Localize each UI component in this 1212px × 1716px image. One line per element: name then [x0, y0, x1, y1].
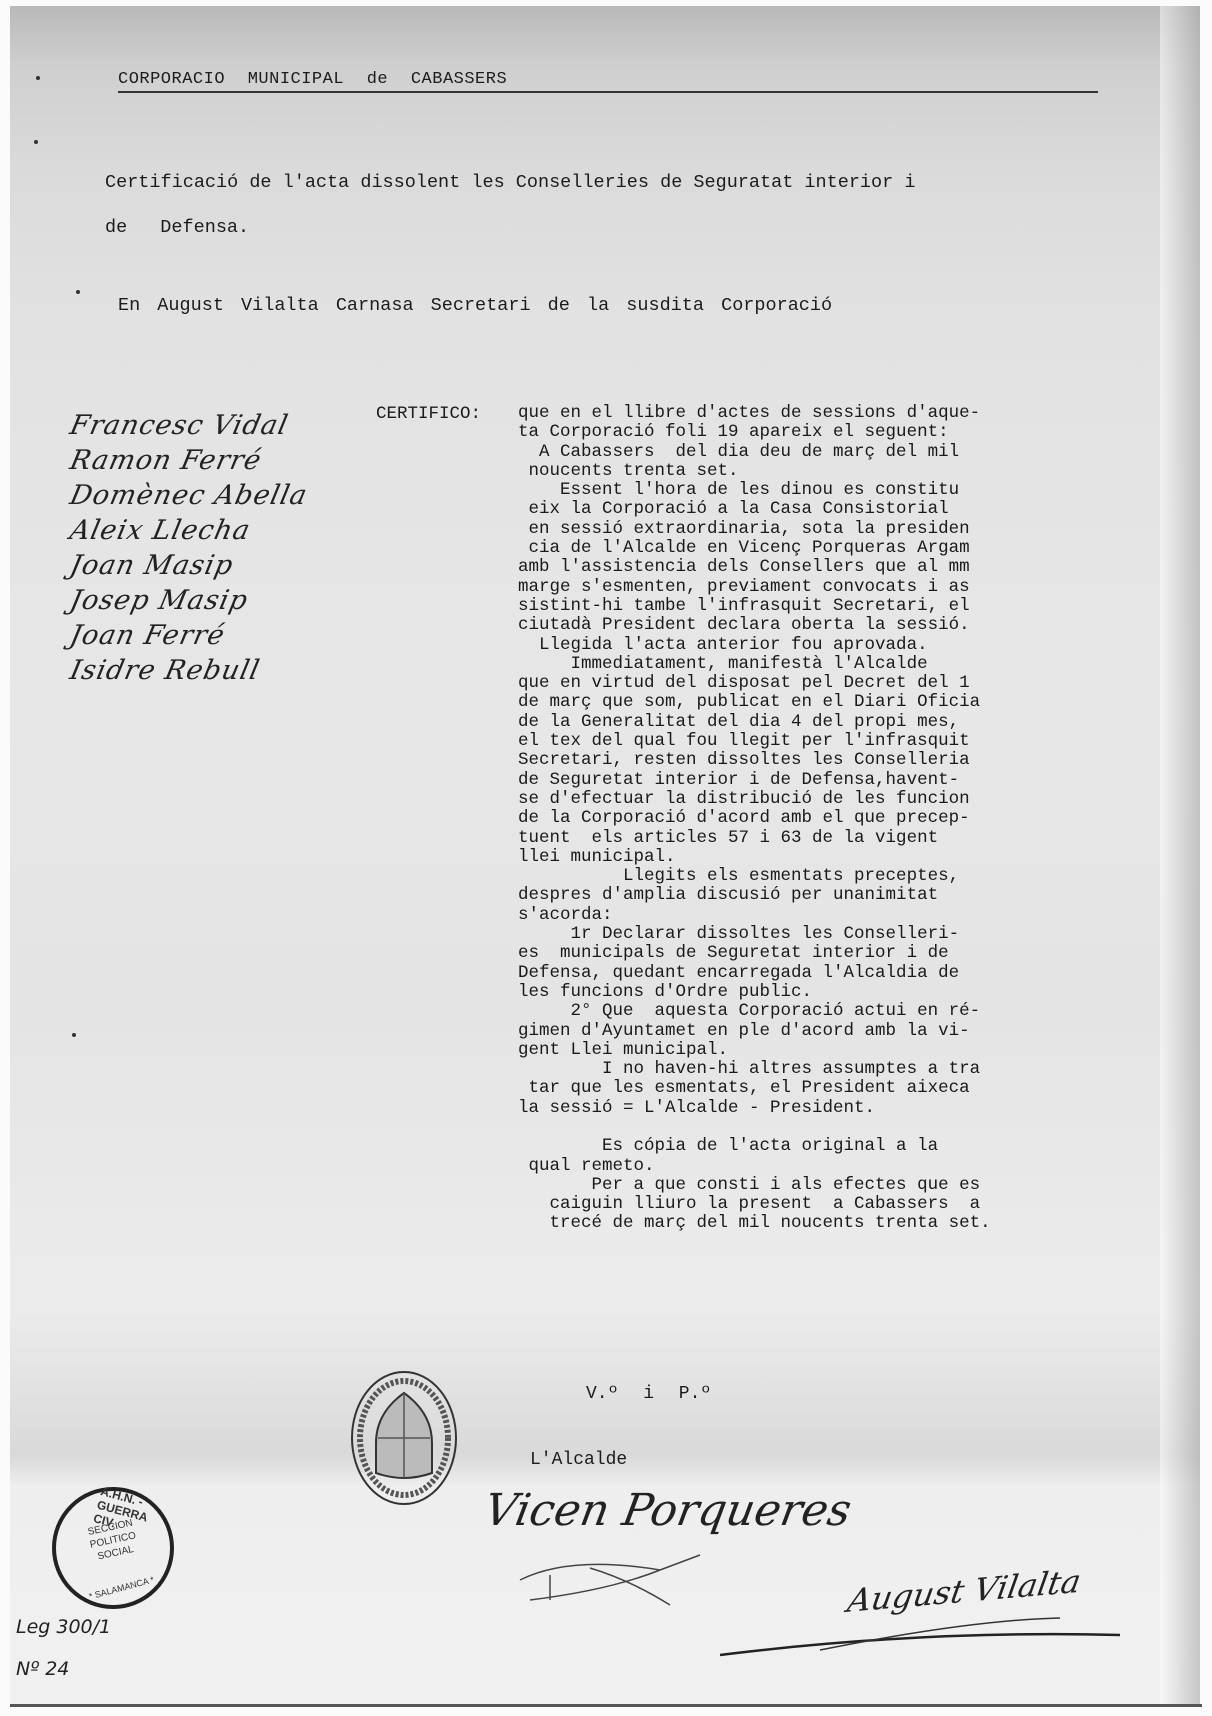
- councillor-signature: Ramon Ferré: [66, 445, 393, 480]
- councillor-signature: Joan Ferré: [66, 620, 393, 655]
- minutes-line: tar que les esmentats, el President aixe…: [518, 1079, 1108, 1098]
- councillor-signature: Isidre Rebull: [66, 655, 393, 690]
- minutes-line: [518, 1118, 1108, 1137]
- stamp-bottom-text: * SALAMANCA *: [88, 1574, 155, 1601]
- minutes-line: de la Generalitat del dia 4 del propi me…: [518, 713, 1108, 732]
- page-bottom-edge: [10, 1704, 1202, 1707]
- minutes-line: que en el llibre d'actes de sessions d'a…: [518, 404, 1108, 423]
- minutes-line: amb l'assistencia dels Consellers que al…: [518, 558, 1108, 577]
- municipal-seal-icon: [348, 1368, 460, 1508]
- document-number: Nº 24: [16, 1648, 111, 1690]
- minutes-line: gent Llei municipal.: [518, 1041, 1108, 1060]
- minutes-line: la sessió = L'Alcalde - President.: [518, 1099, 1108, 1118]
- document-title: Certificació de l'acta dissolent les Con…: [105, 160, 1105, 250]
- minutes-line: Llegida l'acta anterior fou aprovada.: [518, 636, 1108, 655]
- mayor-signature: Vicen Porqueres: [481, 1485, 856, 1536]
- councillor-signature: Francesc Vidal: [66, 410, 393, 445]
- speck: [34, 140, 38, 144]
- minutes-line: de Seguretat interior i de Defensa,haven…: [518, 771, 1108, 790]
- minutes-line: gimen d'Ayuntamet en ple d'acord amb la …: [518, 1022, 1108, 1041]
- councillor-signature: Domènec Abella: [66, 480, 393, 515]
- councillor-signature: Aleix Llecha: [66, 515, 393, 550]
- minutes-line: Es cópia de l'acta original a la: [518, 1137, 1108, 1156]
- minutes-line: ta Corporació foli 19 apareix el seguent…: [518, 423, 1108, 442]
- minutes-line: Immediatament, manifestà l'Alcalde: [518, 655, 1108, 674]
- minutes-line: el tex del qual fou llegit per l'infrasq…: [518, 732, 1108, 751]
- minutes-line: tuent els articles 57 i 63 de la vigent: [518, 829, 1108, 848]
- minutes-line: sistint-hi tambe l'infrasquit Secretari,…: [518, 597, 1108, 616]
- minutes-line: Secretari, resten dissoltes les Conselle…: [518, 751, 1108, 770]
- letterhead: CORPORACIO MUNICIPAL de CABASSERS: [118, 70, 1098, 93]
- minutes-line: I no haven-hi altres assumptes a tra: [518, 1060, 1108, 1079]
- signature-underline-icon: [720, 1600, 1120, 1660]
- minutes-line: Defensa, quedant encarregada l'Alcaldia …: [518, 964, 1108, 983]
- minutes-line: cia de l'Alcalde en Vicenç Porqueras Arg…: [518, 539, 1108, 558]
- speck: [36, 76, 40, 80]
- archive-reference: Leg 300/1 Nº 24: [16, 1606, 111, 1690]
- minutes-line: s'acorda:: [518, 906, 1108, 925]
- title-line-1: Certificació de l'acta dissolent les Con…: [105, 160, 1105, 205]
- certified-minutes-text: que en el llibre d'actes de sessions d'a…: [518, 404, 1108, 1234]
- minutes-line: noucents trenta set.: [518, 462, 1108, 481]
- secretary-intro: En August Vilalta Carnasa Secretari de l…: [118, 295, 832, 316]
- minutes-line: 1r Declarar dissoltes les Conselleri-: [518, 925, 1108, 944]
- minutes-line: es municipals de Seguretat interior i de: [518, 944, 1108, 963]
- minutes-line: llei municipal.: [518, 848, 1108, 867]
- minutes-line: despres d'amplia discusió per unanimitat: [518, 886, 1108, 905]
- legajo-number: Leg 300/1: [16, 1606, 111, 1648]
- speck: [72, 1033, 76, 1037]
- minutes-line: de març que som, publicat en el Diari Of…: [518, 693, 1108, 712]
- minutes-line: caiguin lliuro la present a Cabassers a: [518, 1195, 1108, 1214]
- minutes-line: que en virtud del disposat pel Decret de…: [518, 674, 1108, 693]
- mayor-label: L'Alcalde: [530, 1450, 627, 1470]
- minutes-line: Per a que consti i als efectes que es: [518, 1176, 1108, 1195]
- minutes-line: ciutadà President declara oberta la sess…: [518, 616, 1108, 635]
- minutes-line: Essent l'hora de les dinou es constitu: [518, 481, 1108, 500]
- minutes-line: se d'efectuar la distribució de les func…: [518, 790, 1108, 809]
- councillor-signature: Josep Masip: [66, 585, 393, 620]
- councillor-signatures: Francesc VidalRamon FerréDomènec AbellaA…: [70, 410, 390, 690]
- minutes-line: les funcions d'Ordre public.: [518, 983, 1108, 1002]
- minutes-line: Llegits els esmentats preceptes,: [518, 867, 1108, 886]
- minutes-line: A Cabassers del dia deu de març del mil: [518, 443, 1108, 462]
- minutes-line: qual remeto.: [518, 1157, 1108, 1176]
- minutes-line: de la Corporació d'acord amb el que prec…: [518, 809, 1108, 828]
- minutes-line: 2° Que aquesta Corporació actui en ré-: [518, 1002, 1108, 1021]
- title-line-2: de Defensa.: [105, 205, 1105, 250]
- speck: [76, 290, 80, 294]
- archive-stamp: A.H.N. - GUERRA CIV. SECCIONPOLITICOSOCI…: [52, 1487, 174, 1609]
- minutes-line: eix la Corporació a la Casa Consistorial: [518, 500, 1108, 519]
- minutes-line: en sessió extraordinaria, sota la presid…: [518, 520, 1108, 539]
- signature-flourish-icon: [510, 1550, 730, 1610]
- minutes-line: marge s'esmenten, previament convocats i…: [518, 578, 1108, 597]
- councillor-signature: Joan Masip: [66, 550, 393, 585]
- visto-bueno: V.º i P.º: [586, 1384, 711, 1404]
- minutes-line: trecé de març del mil noucents trenta se…: [518, 1214, 1108, 1233]
- stamp-center-text: SECCIONPOLITICOSOCIAL: [75, 1514, 152, 1567]
